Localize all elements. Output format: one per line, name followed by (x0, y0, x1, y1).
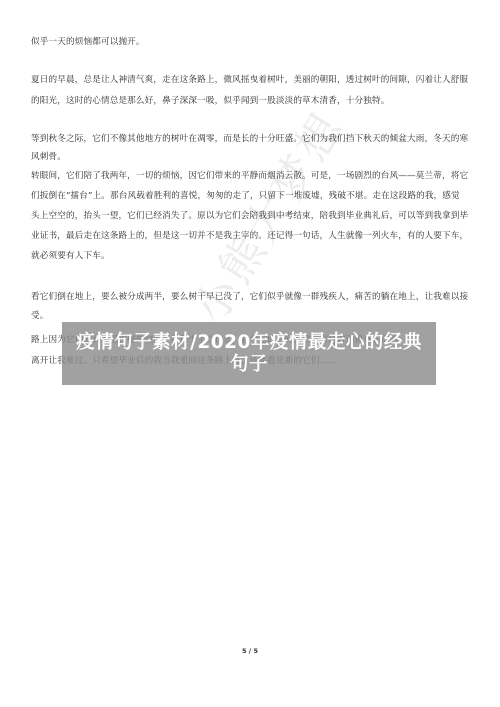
title-overlay-banner: 疫情句子素材/2020年疫情最走心的经典句子 (62, 322, 436, 385)
text-line: 风刺骨。 (31, 151, 471, 163)
overlay-title: 疫情句子素材/2020年疫情最走心的经典句子 (74, 332, 424, 376)
text-line: 看它们倒在地上，要么被分成两半，要么树干早已没了，它们似乎就像一群残疾人，痛苦的… (31, 291, 471, 303)
text-line: 的阳光，这时的心情总是那么好，鼻子深深一吸，似乎闻到一股淡淡的草木清香，十分独特… (31, 95, 471, 107)
text-line: 业证书，最后走在这条路上的，但是这一切并不是我主宰的。还记得一句话，人生就像一列… (31, 230, 471, 242)
text-line: 似乎一天的烦恼都可以抛开。 (31, 36, 471, 48)
text-line: 们扳倒在“擂台”上。那台风载着胜利的喜悦，匆匆的走了，只留下一堆废墟，残破不堪。… (31, 190, 471, 202)
text-line: 受。 (31, 310, 471, 322)
page-number: 5 / 5 (0, 647, 500, 655)
text-line: 就必须要有人下车。 (31, 250, 471, 262)
text-line: 头上空空的，抬头一望，它们已经消失了。原以为它们会陪我到中考结束，陪我到毕业典礼… (31, 210, 471, 222)
document-page: 小熊大梦想 似乎一天的烦恼都可以抛开。 夏日的早晨，总是让人神清气爽，走在这条路… (0, 0, 500, 707)
text-line: 夏日的早晨，总是让人神清气爽，走在这条路上，微风摇曳着树叶，美丽的朝阳，透过树叶… (31, 74, 471, 86)
text-line: 转眼间，它们陪了我两年，一切的烦恼，因它们带来的平静而烟消云散。可是，一场剧烈的… (31, 170, 471, 182)
text-line: 等到秋冬之际，它们不像其他地方的树叶在凋零，而是长的十分旺盛。它们为我们挡下秋天… (31, 133, 471, 145)
